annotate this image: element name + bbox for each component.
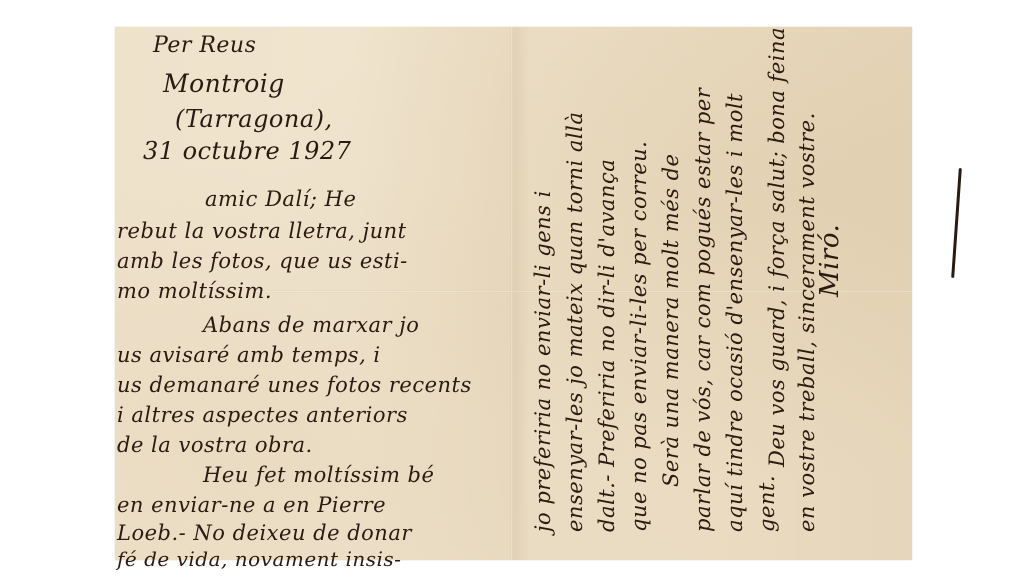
- signature: Miró.: [815, 224, 845, 297]
- rotated-body-line: dalt.- Preferiria no dir-li d'avança: [595, 159, 619, 532]
- body-line: i altres aspectes anteriors: [117, 403, 408, 427]
- body-line: de la vostra obra.: [117, 433, 313, 457]
- header-province: (Tarragona),: [175, 105, 333, 133]
- rotated-body-line: Serà una manera molt més de: [659, 154, 683, 487]
- signature-underline-stroke: [951, 168, 962, 278]
- body-line: amic Dalí; He: [205, 187, 356, 211]
- body-line: amb les fotos, que us esti-: [117, 249, 408, 273]
- header-date: 31 octubre 1927: [143, 137, 351, 165]
- body-line: us demanaré unes fotos recents: [117, 373, 472, 397]
- body-line: Abans de marxar jo: [203, 313, 419, 337]
- rotated-body-line: ensenyar-les jo mateix quan torni allà: [563, 112, 587, 532]
- body-line: mo moltíssim.: [117, 279, 272, 303]
- rotated-body-line: jo preferiria no enviar-li gens i: [531, 190, 555, 532]
- header-place: Montroig: [163, 69, 285, 98]
- body-line: fé de vida, novament insis-: [117, 547, 401, 571]
- right-page: jo preferiria no enviar-li gens i enseny…: [513, 27, 912, 560]
- rotated-body-line: parlar de vós, car com pogués estar per: [691, 88, 715, 532]
- rotated-body-line: que no pas enviar-li-les per correu.: [627, 141, 651, 532]
- body-line: Heu fet moltíssim bé: [203, 463, 434, 487]
- rotated-body-line: Deu vos guard, i força salut; bona feina: [765, 27, 789, 467]
- body-line: en enviar-ne a en Pierre: [117, 493, 386, 517]
- header-via: Per Reus: [153, 33, 256, 58]
- body-line: Loeb.- No deixeu de donar: [117, 521, 412, 545]
- rotated-body-line: gent.: [755, 475, 779, 532]
- rotated-body-line: aquí tindre ocasió d'ensenyar-les i molt: [723, 93, 747, 532]
- body-line: us avisaré amb temps, i: [117, 343, 381, 367]
- rotated-body-line: en vostre treball, sincerament vostre.: [795, 112, 819, 532]
- letter-paper: Per Reus Montroig (Tarragona), 31 octubr…: [115, 27, 912, 560]
- body-line: rebut la vostra lletra, junt: [117, 219, 407, 243]
- left-page: Per Reus Montroig (Tarragona), 31 octubr…: [115, 27, 511, 560]
